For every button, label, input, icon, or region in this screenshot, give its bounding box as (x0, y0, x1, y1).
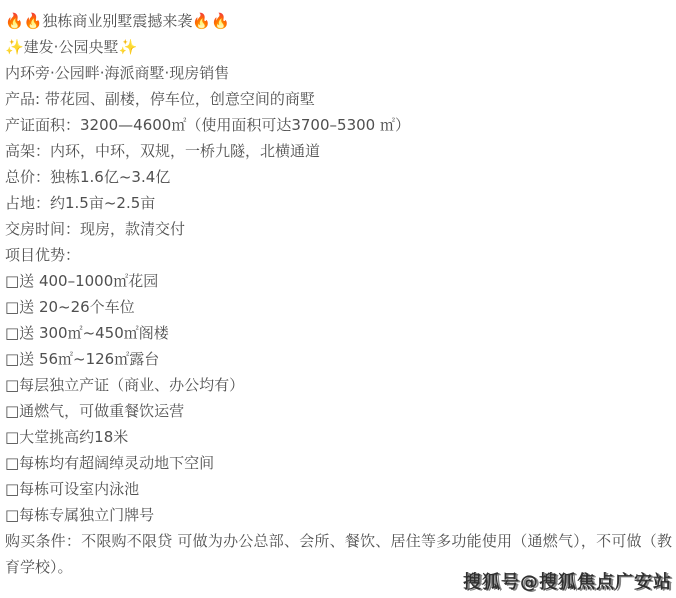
headline: 🔥🔥独栋商业别墅震撼来袭🔥🔥 (5, 8, 672, 34)
advantage-item: □送 20~26个车位 (5, 294, 672, 320)
certified-area-line: 产证面积：3200—4600㎡（使用面积可达3700–5300 ㎡） (5, 112, 672, 138)
advantage-item: □送 56㎡~126㎡露台 (5, 346, 672, 372)
advantage-item: □通燃气，可做重餐饮运营 (5, 398, 672, 424)
project-name-line: ✨建发·公园央墅✨ (5, 34, 672, 60)
advantage-item: □每层独立产证（商业、办公均有） (5, 372, 672, 398)
article-body: 🔥🔥独栋商业别墅震撼来袭🔥🔥 ✨建发·公园央墅✨ 内环旁·公园畔·海派商墅·现房… (0, 0, 676, 580)
advantage-item: □送 400–1000㎡花园 (5, 268, 672, 294)
product-line: 产品: 带花园、副楼，停车位，创意空间的商墅 (5, 86, 672, 112)
highway-line: 高架：内环，中环，双规，一桥九隧，北横通道 (5, 138, 672, 164)
sohu-watermark: 搜狐号@搜狐焦点广安站 (463, 568, 672, 594)
advantage-item: □每栋可设室内泳池 (5, 476, 672, 502)
tagline-line: 内环旁·公园畔·海派商墅·现房销售 (5, 60, 672, 86)
advantage-item: □每栋均有超阔绰灵动地下空间 (5, 450, 672, 476)
advantage-item: □送 300㎡~450㎡阁楼 (5, 320, 672, 346)
total-price-line: 总价：独栋1.6亿~3.4亿 (5, 164, 672, 190)
land-area-line: 占地：约1.5亩~2.5亩 (5, 190, 672, 216)
delivery-line: 交房时间：现房，款清交付 (5, 216, 672, 242)
advantage-item: □每栋专属独立门牌号 (5, 502, 672, 528)
advantages-heading: 项目优势： (5, 242, 672, 268)
advantage-item: □大堂挑高约18米 (5, 424, 672, 450)
